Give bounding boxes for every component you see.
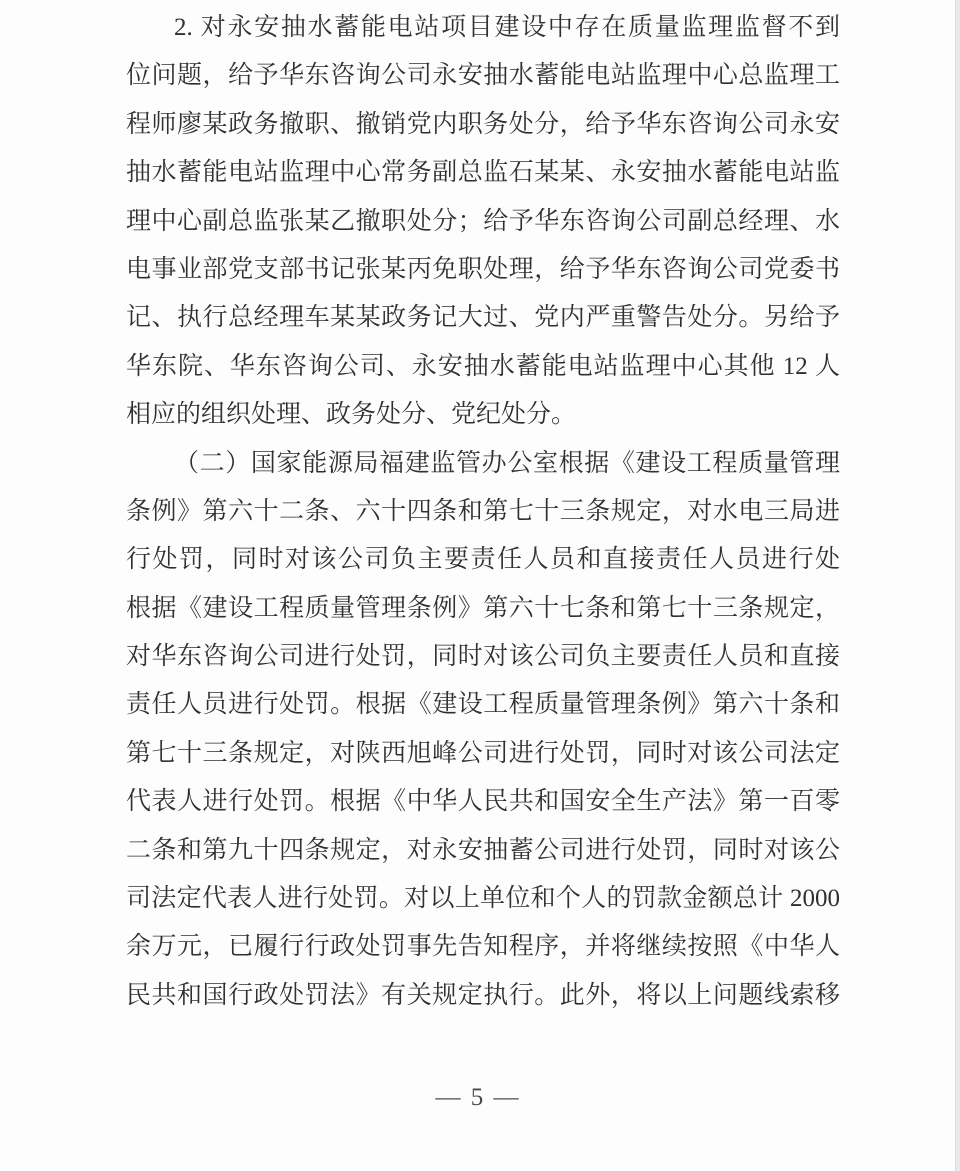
text-line: 代表人进行处罚。根据《中华人民共和国安全生产法》第一百零	[126, 778, 840, 826]
text-line: 根据《建设工程质量管理条例》第六十七条和第七十三条规定，	[126, 585, 840, 633]
text-line: 二条和第九十四条规定，对永安抽蓄公司进行处罚，同时对该公	[126, 827, 840, 875]
text-line: 抽水蓄能电站监理中心常务副总监石某某、永安抽水蓄能电站监	[126, 149, 840, 197]
text-line: 对华东咨询公司进行处罚，同时对该公司负主要责任人员和直接	[126, 633, 840, 681]
text-line: 位问题，给予华东咨询公司永安抽水蓄能电站监理中心总监理工	[126, 52, 840, 100]
text-line: 条例》第六十二条、六十四条和第七十三条规定，对水电三局进	[126, 488, 840, 536]
text-line: 记、执行总经理车某某政务记大过、党内严重警告处分。另给予	[126, 294, 840, 342]
text-line: 理中心副总监张某乙撤职处分；给予华东咨询公司副总经理、水	[126, 198, 840, 246]
text-line: 行处罚，同时对该公司负主要责任人员和直接责任人员进行处罚。	[126, 536, 840, 584]
text-line: 程师廖某政务撤职、撤销党内职务处分，给予华东咨询公司永安	[126, 101, 840, 149]
page-number: — 5 —	[436, 1084, 521, 1111]
text-line: 责任人员进行处罚。根据《建设工程质量管理条例》第六十条和	[126, 681, 840, 729]
text-line: 余万元，已履行行政处罚事先告知程序，并将继续按照《中华人	[126, 923, 840, 971]
page-footer: — 5 —	[0, 1078, 956, 1118]
text-line: 华东院、华东咨询公司、永安抽水蓄能电站监理中心其他 12 人	[126, 343, 840, 391]
text-line: （二）国家能源局福建监管办公室根据《建设工程质量管理	[126, 440, 840, 488]
text-line: 第七十三条规定，对陕西旭峰公司进行处罚，同时对该公司法定	[126, 730, 840, 778]
text-line: 民共和国行政处罚法》有关规定执行。此外，将以上问题线索移	[126, 972, 840, 1020]
document-body: 2. 对永安抽水蓄能电站项目建设中存在质量监理监督不到位问题，给予华东咨询公司永…	[126, 4, 840, 1020]
scan-edge-artifact	[955, 0, 960, 1171]
document-page: 2. 对永安抽水蓄能电站项目建设中存在质量监理监督不到位问题，给予华东咨询公司永…	[0, 0, 960, 1171]
text-line: 2. 对永安抽水蓄能电站项目建设中存在质量监理监督不到	[126, 4, 840, 52]
text-line: 电事业部党支部书记张某丙免职处理，给予华东咨询公司党委书	[126, 246, 840, 294]
text-line: 司法定代表人进行处罚。对以上单位和个人的罚款金额总计 2000	[126, 875, 840, 923]
text-line: 相应的组织处理、政务处分、党纪处分。	[126, 391, 840, 439]
